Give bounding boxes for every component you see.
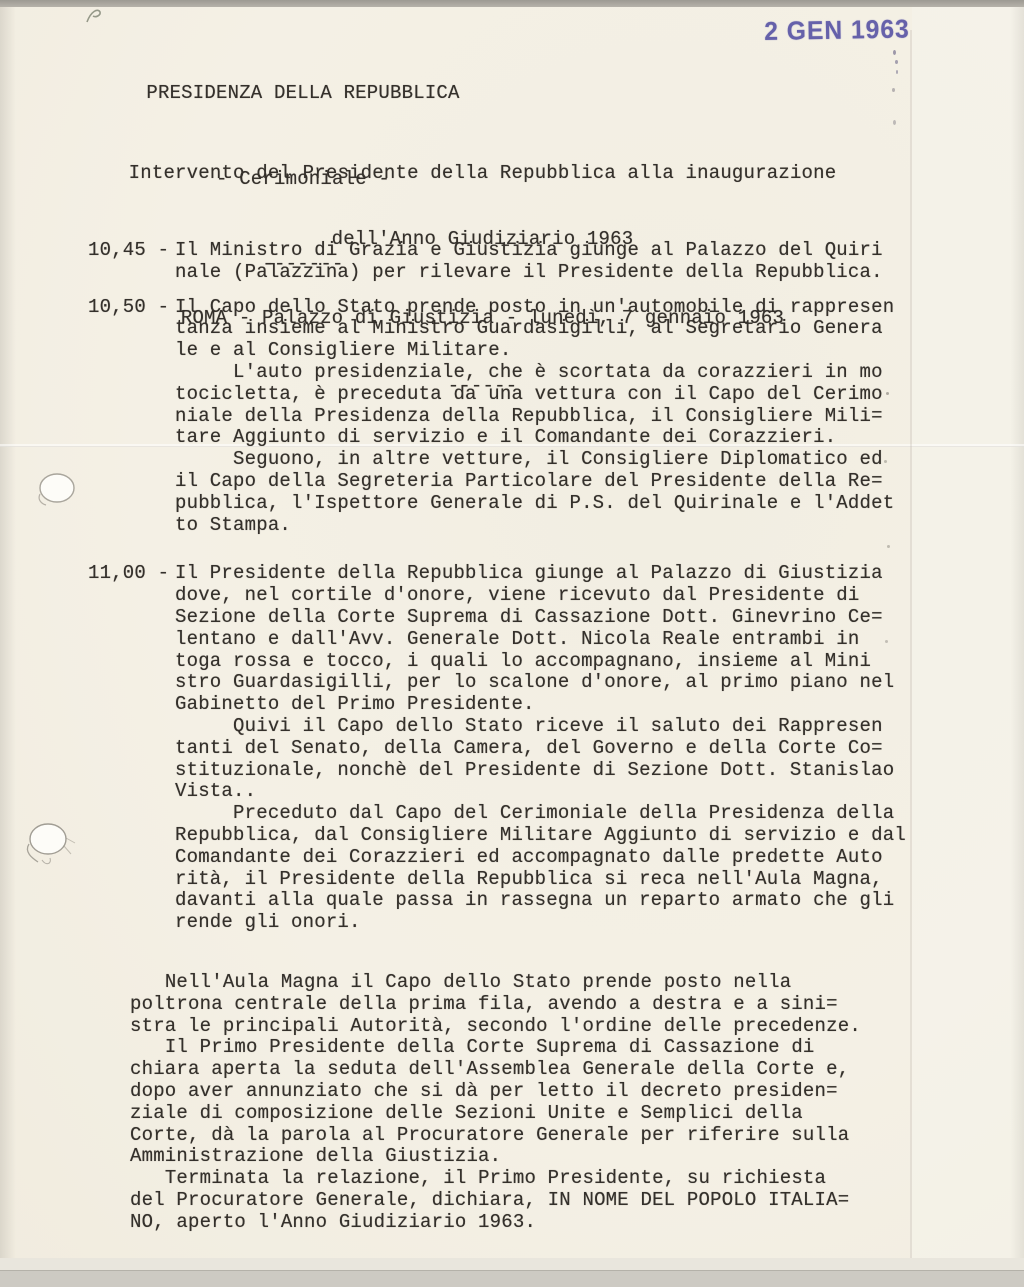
punch-hole-icon: [20, 812, 84, 874]
scan-left-edge: [0, 7, 16, 1287]
closing-paragraphs: Nell'Aula Magna il Capo dello Stato pren…: [130, 972, 920, 1234]
paper-right-shade: [912, 7, 1024, 1258]
ink-speck: [892, 88, 895, 92]
entry-text: Il Ministro di Grazia e Giustizia giunge…: [175, 240, 920, 284]
date-stamp: 2 GEN 1963: [764, 13, 910, 47]
ink-speck: [893, 50, 896, 55]
ink-speck: [896, 70, 898, 74]
punch-hole-icon: [30, 464, 84, 514]
pen-mark-icon: [84, 6, 108, 28]
scan-top-edge: [0, 0, 1024, 7]
entry-text: Il Presidente della Repubblica giunge al…: [175, 563, 920, 934]
schedule-entry: 11,00 - Il Presidente della Repubblica g…: [88, 563, 920, 934]
schedule-entry: 10,45 - Il Ministro di Grazia e Giustizi…: [88, 240, 920, 284]
letterhead-org: PRESIDENZA DELLA REPUBBLICA: [138, 79, 468, 108]
document-page: 2 GEN 1963 PRESIDENZA DELLA REPUBBLICA -…: [0, 0, 1024, 1287]
title-line1: Intervento del Presidente della Repubbli…: [95, 162, 870, 184]
entry-text: Il Capo dello Stato prende posto in un'a…: [175, 297, 920, 537]
ink-speck: [895, 60, 898, 64]
ink-speck: [893, 120, 896, 125]
schedule: 10,45 - Il Ministro di Grazia e Giustizi…: [88, 240, 920, 934]
entry-time: 10,45 -: [88, 240, 175, 262]
scan-right-edge: [1010, 7, 1024, 1287]
scan-bottom-band: [0, 1270, 1024, 1287]
entry-time: 11,00 -: [88, 563, 175, 585]
entry-time: 10,50 -: [88, 297, 175, 319]
schedule-entry: 10,50 - Il Capo dello Stato prende posto…: [88, 297, 920, 537]
